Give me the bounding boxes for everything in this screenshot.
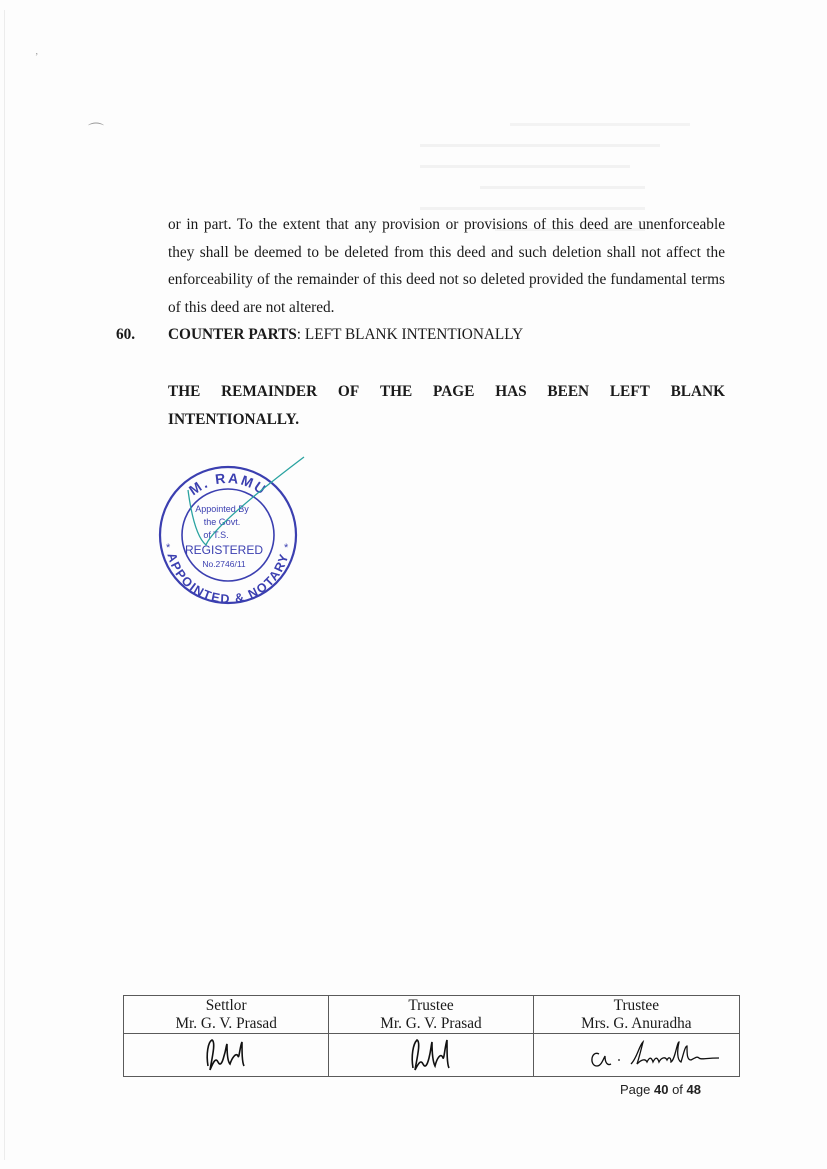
continuation-paragraph: or in part. To the extent that any provi… xyxy=(168,211,725,321)
trustee-2-signature xyxy=(533,1034,739,1077)
signature-icon xyxy=(196,1036,256,1074)
svg-text:*: * xyxy=(166,542,171,554)
signature-table: Settlor Mr. G. V. Prasad Trustee Mr. G. … xyxy=(123,995,740,1077)
settlor-cell: Settlor Mr. G. V. Prasad xyxy=(124,996,329,1034)
signature-header-row: Settlor Mr. G. V. Prasad Trustee Mr. G. … xyxy=(124,996,740,1034)
svg-text:REGISTERED: REGISTERED xyxy=(185,543,263,557)
remainder-word: HAS xyxy=(495,378,526,406)
notary-stamp: M. RAMU APPOINTED & NOTARY * * Appointed… xyxy=(144,455,314,615)
svg-text:*: * xyxy=(284,542,289,554)
remainder-notice: THE REMAINDER OF THE PAGE HAS BEEN LEFT … xyxy=(168,378,725,434)
clause-60: 60.COUNTER PARTS: LEFT BLANK INTENTIONAL… xyxy=(116,324,736,346)
party-name: Mr. G. V. Prasad xyxy=(329,1015,532,1033)
clause-number: 60. xyxy=(116,324,168,346)
remainder-word: THE xyxy=(380,378,412,406)
party-role: Settlor xyxy=(124,997,328,1015)
notary-seal-icon: M. RAMU APPOINTED & NOTARY * * Appointed… xyxy=(144,455,314,615)
page-number: Page 40 of 48 xyxy=(620,1082,701,1097)
remainder-line-1: THE REMAINDER OF THE PAGE HAS BEEN LEFT … xyxy=(168,378,725,406)
remainder-word: OF xyxy=(338,378,359,406)
total-pages: 48 xyxy=(687,1082,701,1097)
signature-icon xyxy=(401,1036,461,1074)
signature-row xyxy=(124,1034,740,1077)
party-role: Trustee xyxy=(534,997,739,1015)
trustee-1-signature xyxy=(329,1034,533,1077)
remainder-line-2: INTENTIONALLY. xyxy=(168,406,725,434)
remainder-word: LEFT xyxy=(610,378,650,406)
scan-speck: ⌒ xyxy=(88,118,104,141)
trustee-2-cell: Trustee Mrs. G. Anuradha xyxy=(533,996,739,1034)
clause-title: COUNTER PARTS xyxy=(168,326,297,343)
remainder-word: REMAINDER xyxy=(221,378,317,406)
settlor-signature xyxy=(124,1034,329,1077)
svg-text:No.2746/11: No.2746/11 xyxy=(202,559,246,569)
trustee-1-cell: Trustee Mr. G. V. Prasad xyxy=(329,996,533,1034)
remainder-word: THE xyxy=(168,378,200,406)
remainder-word: BLANK xyxy=(671,378,725,406)
party-name: Mrs. G. Anuradha xyxy=(534,1015,739,1033)
party-name: Mr. G. V. Prasad xyxy=(124,1015,328,1033)
page-of-label: of xyxy=(668,1082,686,1097)
party-role: Trustee xyxy=(329,997,532,1015)
scan-speck: ʼ xyxy=(35,52,38,63)
signature-icon xyxy=(551,1036,721,1074)
clause-text: LEFT BLANK INTENTIONALLY xyxy=(305,326,523,343)
clause-separator: : xyxy=(297,326,305,343)
remainder-word: BEEN xyxy=(547,378,589,406)
current-page: 40 xyxy=(654,1082,668,1097)
scan-page-edge xyxy=(4,10,5,1160)
page-prefix: Page xyxy=(620,1082,654,1097)
svg-text:Appointed By: Appointed By xyxy=(195,504,249,514)
remainder-word: PAGE xyxy=(433,378,474,406)
